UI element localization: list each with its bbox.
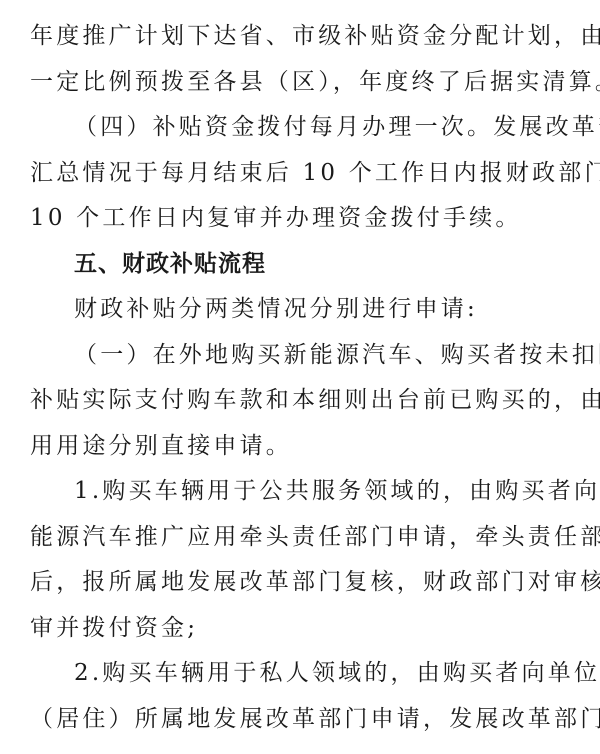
paragraph-line: 补贴实际支付购车款和本细则出台前已购买的，由购买者按使 [30, 378, 586, 424]
paragraph-line: 后，报所属地发展改革部门复核，财政部门对审核结果进行复 [30, 560, 586, 606]
paragraph-line: （一）在外地购买新能源汽车、购买者按未扣除地方财政 [30, 333, 586, 379]
paragraph-line: 一定比例预拨至各县（区），年度终了后据实清算。 [30, 60, 586, 106]
paragraph-line: 用用途分别直接申请。 [30, 424, 586, 470]
paragraph-line: （四）补贴资金拨付每月办理一次。发展改革部门将审核 [30, 105, 586, 151]
paragraph-line: 能源汽车推广应用牵头责任部门申请，牵头责任部门初审汇总 [30, 515, 586, 561]
paragraph-line: 审并拨付资金; [30, 606, 586, 652]
section-heading: 五、财政补贴流程 [30, 242, 586, 288]
paragraph-line: 1.购买车辆用于公共服务领域的，由购买者向其所属地新 [30, 469, 586, 515]
paragraph-line: 汇总情况于每月结束后 10 个工作日内报财政部门，财政部门 [30, 151, 586, 197]
paragraph-line: 2.购买车辆用于私人领域的，由购买者向单位或个人户籍 [30, 651, 586, 697]
paragraph-line: （居住）所属地发展改革部门申请，发展改革部门审核后，财 [30, 697, 586, 743]
paragraph-line: 10 个工作日内复审并办理资金拨付手续。 [30, 196, 586, 242]
paragraph-line: 财政补贴分两类情况分别进行申请: [30, 287, 586, 333]
paragraph-line: 年度推广计划下达省、市级补贴资金分配计划，由市财政局按 [30, 14, 586, 60]
document-page: 年度推广计划下达省、市级补贴资金分配计划，由市财政局按 一定比例预拨至各县（区）… [30, 14, 586, 742]
